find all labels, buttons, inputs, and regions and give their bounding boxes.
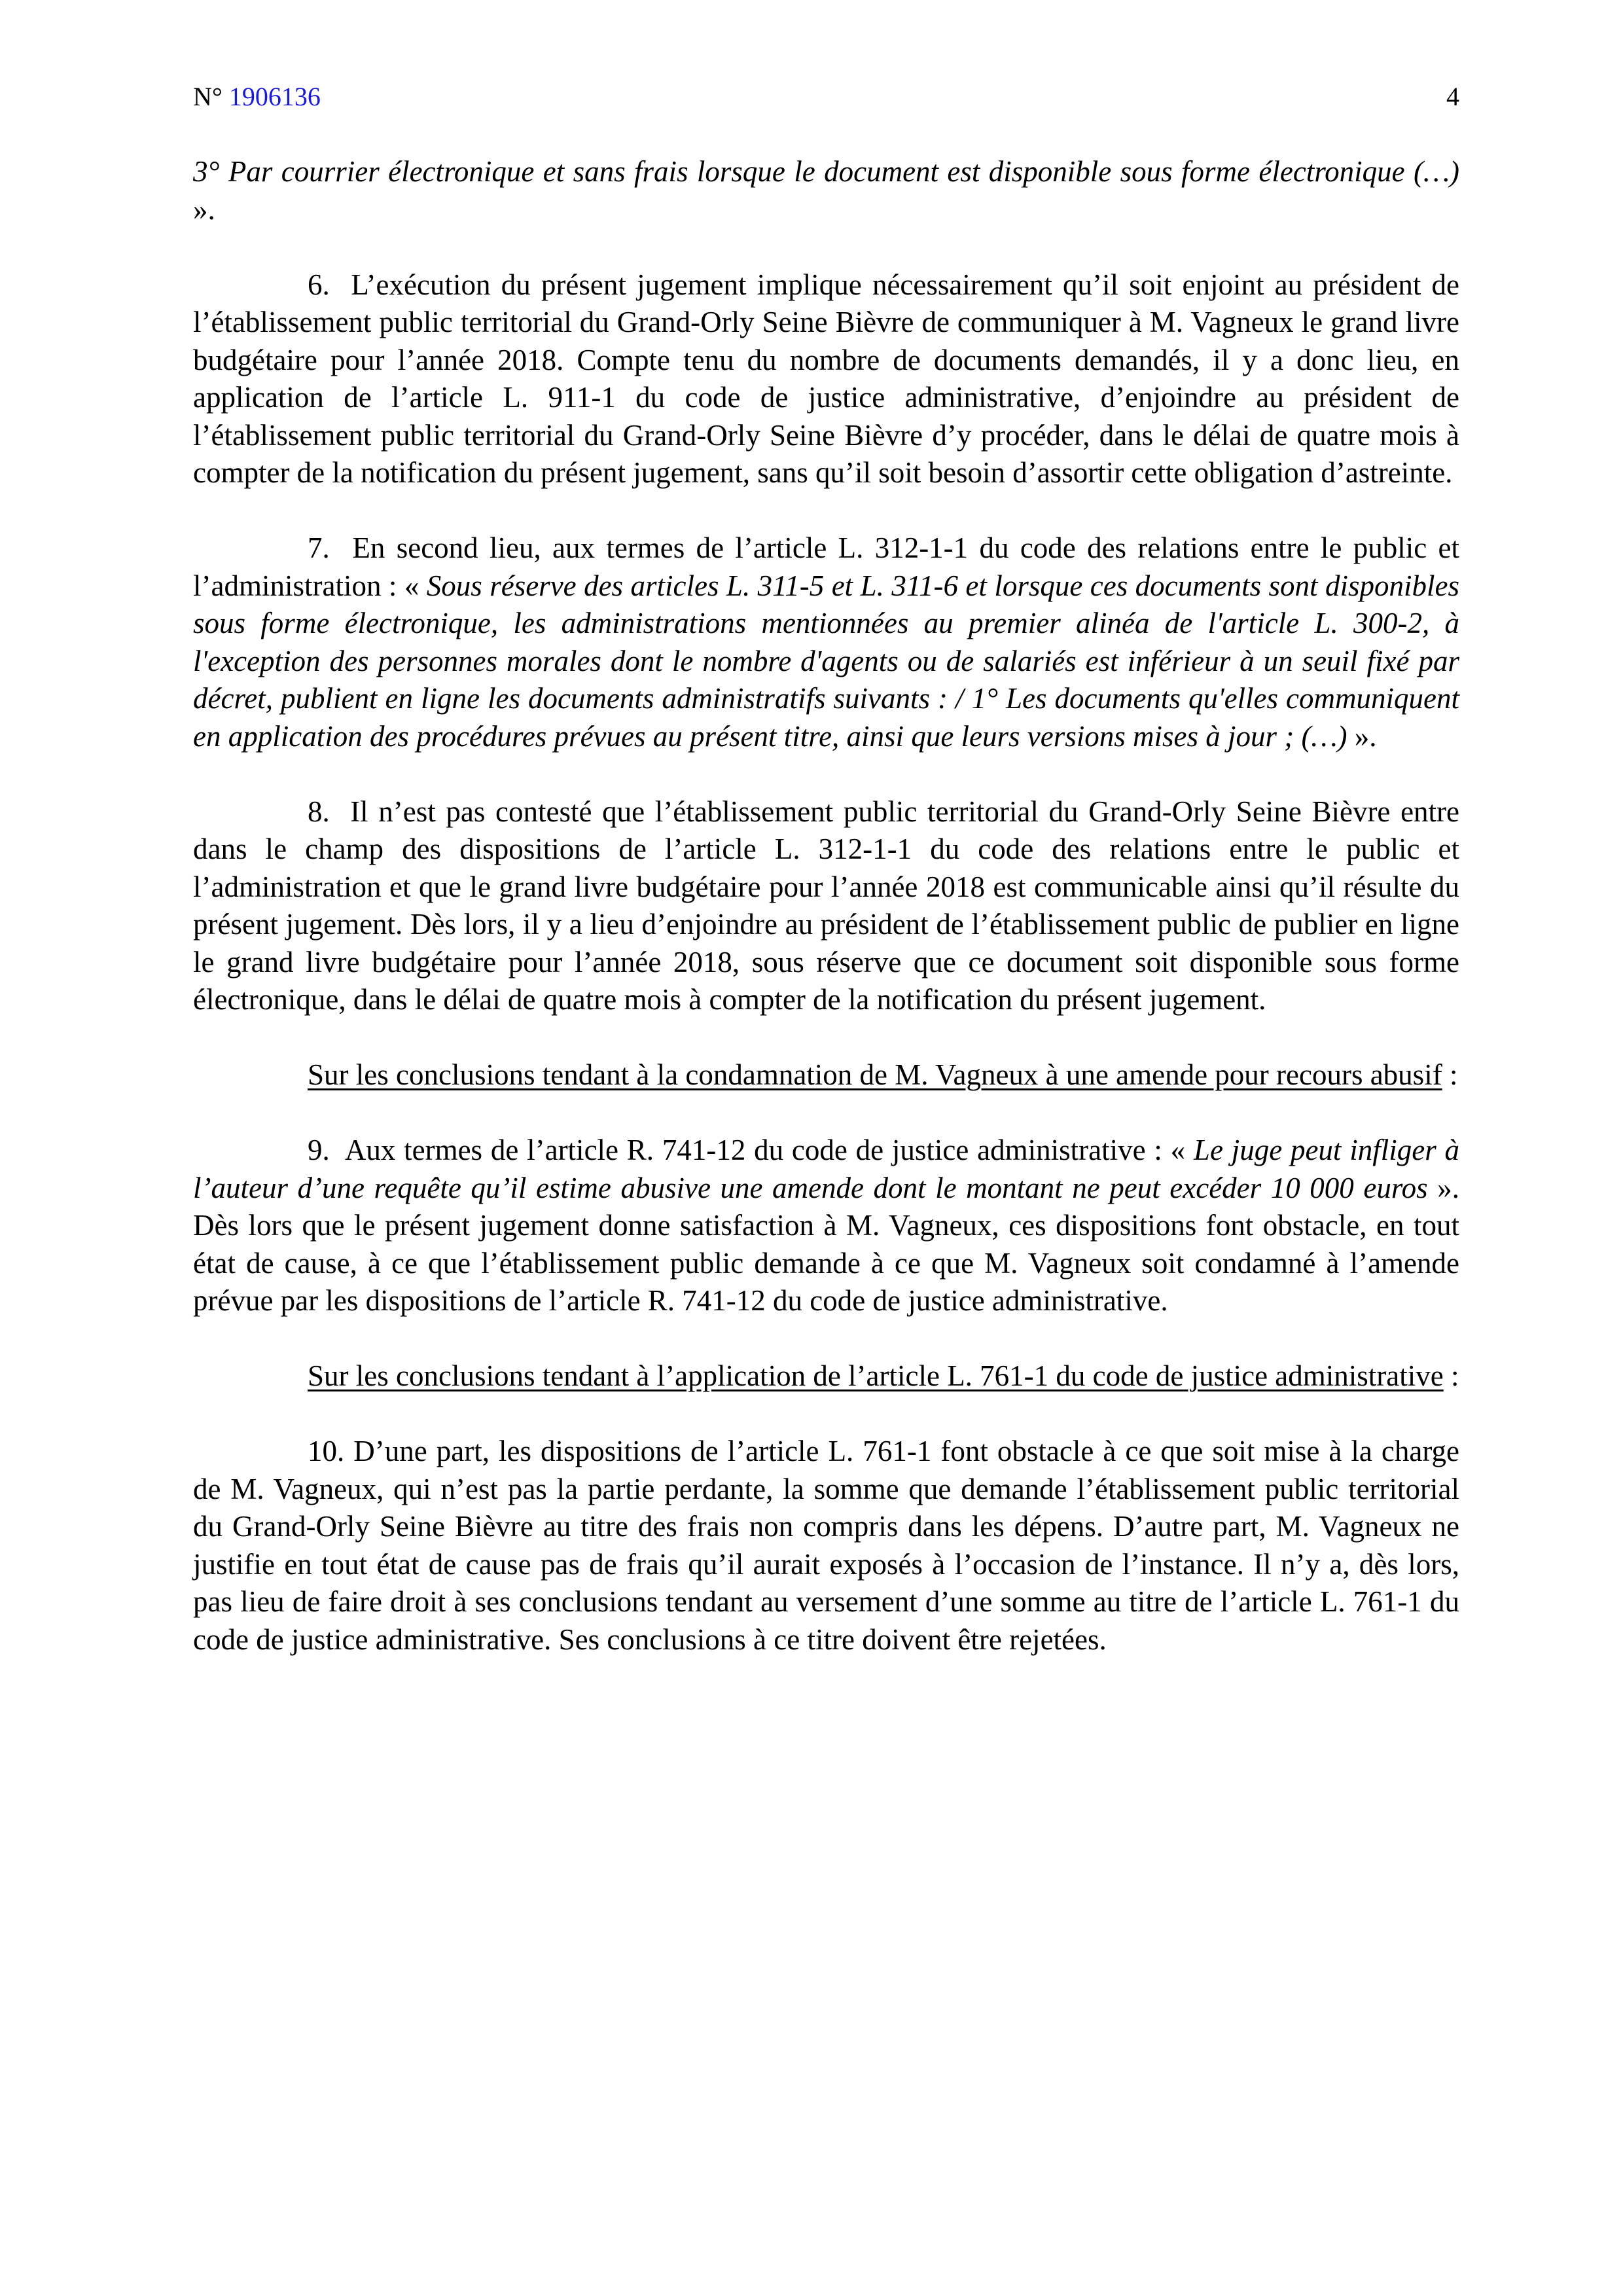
document-body: 3° Par courrier électronique et sans fra… xyxy=(193,153,1459,1696)
heading-suffix: : xyxy=(1444,1359,1459,1392)
paragraph-6: 6. L’exécution du présent jugement impli… xyxy=(193,266,1459,492)
quote-text: 3° Par courrier électronique et sans fra… xyxy=(193,155,1459,188)
heading-text: Sur les conclusions tendant à la condamn… xyxy=(308,1058,1442,1091)
paragraph-text: L’exécution du présent jugement implique… xyxy=(193,268,1459,490)
paragraph-7: 7. En second lieu, aux termes de l’artic… xyxy=(193,529,1459,755)
page-header: N° 1906136 4 xyxy=(193,77,1459,117)
heading-suffix: : xyxy=(1442,1058,1458,1091)
paragraph-number: 8. xyxy=(308,795,330,828)
case-prefix: N° xyxy=(193,82,229,111)
paragraph-text: Aux termes de l’article R. 741-12 du cod… xyxy=(345,1134,1194,1166)
paragraph-9: 9. Aux termes de l’article R. 741-12 du … xyxy=(193,1132,1459,1320)
paragraph-number: 10. xyxy=(308,1435,344,1467)
section-heading-l761: Sur les conclusions tendant à l’applicat… xyxy=(193,1357,1459,1395)
paragraph-text: Il n’est pas contesté que l’établissemen… xyxy=(193,795,1459,1016)
section-heading-amende: Sur les conclusions tendant à la condamn… xyxy=(193,1056,1459,1094)
heading-text: Sur les conclusions tendant à l’applicat… xyxy=(308,1359,1444,1392)
quote-continuation: 3° Par courrier électronique et sans fra… xyxy=(193,153,1459,228)
paragraph-10: 10. D’une part, les dispositions de l’ar… xyxy=(193,1433,1459,1659)
paragraph-number: 7. xyxy=(308,531,330,564)
page-number: 4 xyxy=(1446,77,1459,117)
paragraph-8: 8. Il n’est pas contesté que l’établisse… xyxy=(193,793,1459,1019)
quote-close: ». xyxy=(1355,720,1377,753)
paragraph-number: 6. xyxy=(308,268,330,301)
case-number-label: N° 1906136 xyxy=(193,77,321,117)
paragraph-text: D’une part, les dispositions de l’articl… xyxy=(193,1435,1459,1656)
quote-close: ». xyxy=(193,193,215,226)
paragraph-number: 9. xyxy=(308,1134,330,1166)
case-number-link[interactable]: 1906136 xyxy=(229,82,321,111)
